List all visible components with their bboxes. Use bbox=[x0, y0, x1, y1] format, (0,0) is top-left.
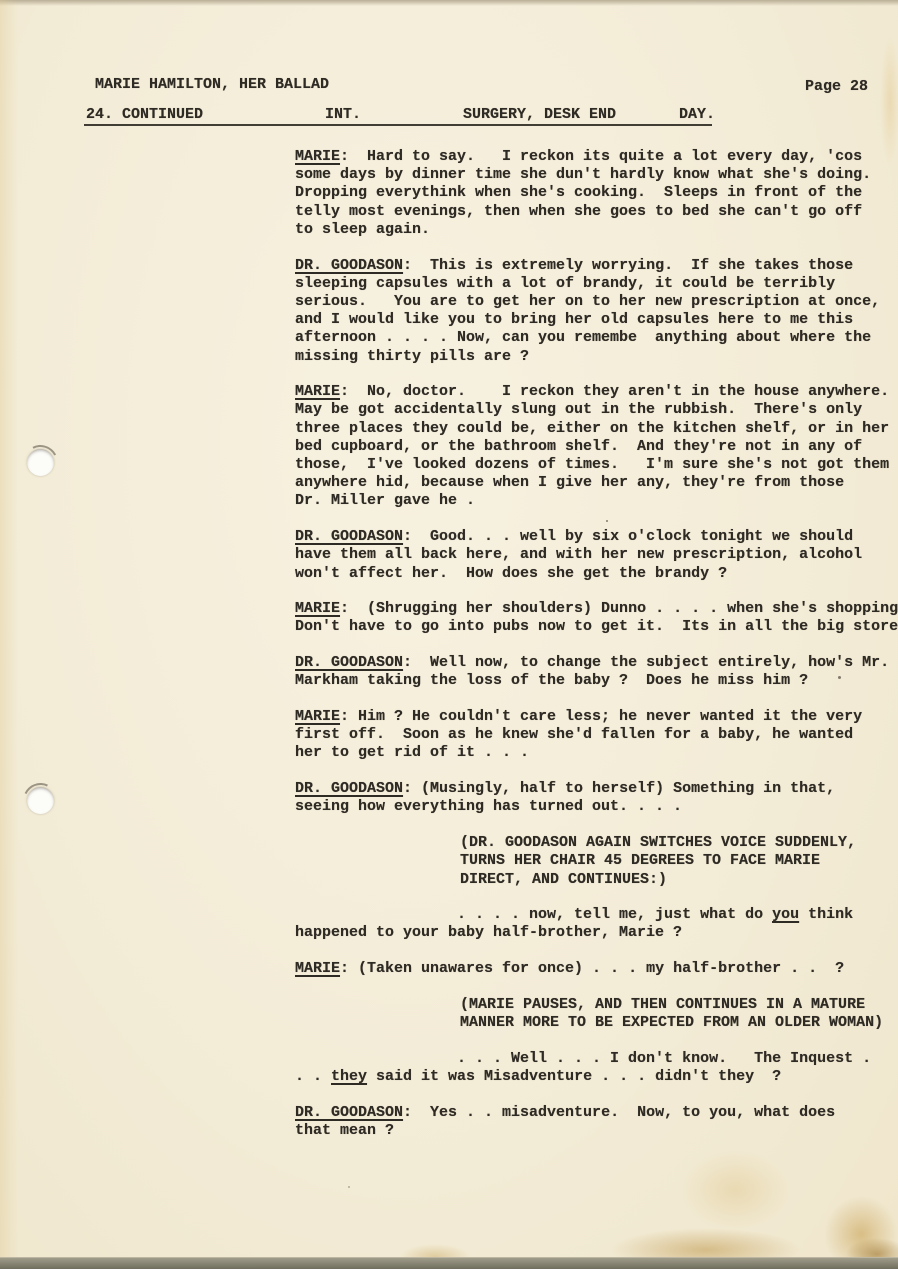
dialogue-block: DR. GOODASON: This is extremely worrying… bbox=[295, 257, 898, 366]
dialogue-block: DR. GOODASON: (Musingly, half to herself… bbox=[295, 780, 898, 816]
document-title: MARIE HAMILTON, HER BALLAD bbox=[95, 76, 329, 94]
punch-hole-top bbox=[27, 449, 54, 476]
dialogue-block: MARIE: Him ? He couldn't care less; he n… bbox=[295, 708, 898, 763]
scan-edge-left bbox=[0, 0, 18, 1269]
scene-location: SURGERY, DESK END bbox=[463, 106, 616, 124]
dialogue-block: MARIE: No, doctor. I reckon they aren't … bbox=[295, 383, 898, 510]
speaker-name: MARIE bbox=[295, 148, 340, 165]
script-body: MARIE: Hard to say. I reckon its quite a… bbox=[295, 148, 898, 1158]
scene-number: 24. CONTINUED bbox=[86, 106, 203, 124]
underlined-word: they bbox=[331, 1068, 367, 1085]
speaker-name: DR. GOODASON bbox=[295, 257, 403, 274]
punch-hole-bottom bbox=[27, 787, 54, 814]
dialogue-block: MARIE: (Taken unawares for once) . . . m… bbox=[295, 960, 898, 978]
stage-direction: (MARIE PAUSES, AND THEN CONTINUES IN A M… bbox=[295, 996, 898, 1032]
dialogue-block: MARIE: Hard to say. I reckon its quite a… bbox=[295, 148, 898, 239]
dialogue-block: DR. GOODASON: Yes . . misadventure. Now,… bbox=[295, 1104, 898, 1140]
speaker-name: MARIE bbox=[295, 708, 340, 725]
ink-speck bbox=[838, 676, 841, 679]
dialogue-block: DR. GOODASON: Good. . . well by six o'cl… bbox=[295, 528, 898, 583]
speaker-name: DR. GOODASON bbox=[295, 528, 403, 545]
dialogue-block: DR. GOODASON: Well now, to change the su… bbox=[295, 654, 898, 690]
scene-time: DAY. bbox=[679, 106, 715, 124]
script-page: MARIE HAMILTON, HER BALLAD Page 28 24. C… bbox=[0, 0, 898, 1269]
speaker-name: DR. GOODASON bbox=[295, 1104, 403, 1121]
scan-edge-top bbox=[0, 0, 898, 6]
speaker-name: MARIE bbox=[295, 960, 340, 977]
paper-stain bbox=[880, 36, 898, 166]
underlined-word: you bbox=[772, 906, 799, 923]
dialogue-block: MARIE: (Shrugging her shoulders) Dunno .… bbox=[295, 600, 898, 636]
speaker-name: MARIE bbox=[295, 600, 340, 617]
dialogue-block: . . . . now, tell me, just what do you t… bbox=[295, 906, 898, 942]
scan-edge-bottom bbox=[0, 1257, 898, 1269]
speaker-name: DR. GOODASON bbox=[295, 654, 403, 671]
ink-speck bbox=[348, 1186, 350, 1188]
dialogue-block: . . . Well . . . I don't know. The Inque… bbox=[295, 1050, 898, 1086]
ink-speck bbox=[606, 520, 608, 522]
paper-stain bbox=[680, 1150, 790, 1230]
speaker-name: MARIE bbox=[295, 383, 340, 400]
stage-direction: (DR. GOODASON AGAIN SWITCHES VOICE SUDDE… bbox=[295, 834, 898, 889]
speaker-name: DR. GOODASON bbox=[295, 780, 403, 797]
scene-heading-underline bbox=[84, 124, 712, 126]
scene-int-ext: INT. bbox=[325, 106, 361, 124]
page-number: Page 28 bbox=[805, 78, 868, 96]
